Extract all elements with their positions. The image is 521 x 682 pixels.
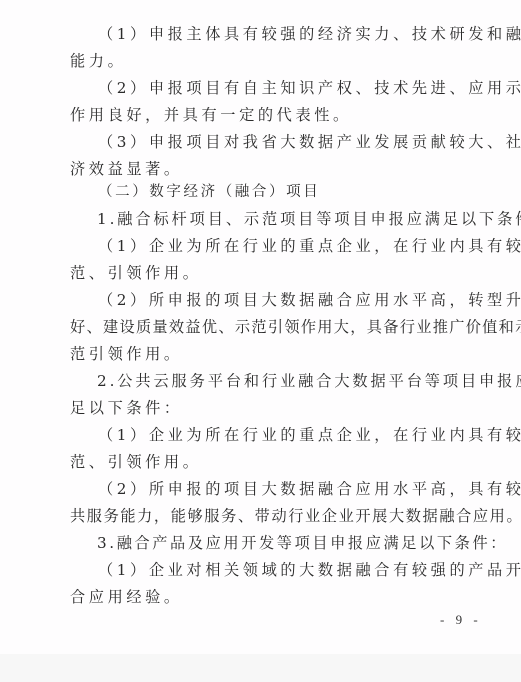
text-line-20: 3.融合产品及应用开发等项目申报应满足以下条件： [97,534,508,552]
text-line-19: 共服务能力，能够服务、带动行业企业开展大数据融合应用。 [70,507,521,525]
text-line-6: 济效益显著。 [70,160,183,178]
section-heading: （二）数字经济（融合）项目 [98,183,320,201]
text-line-12: 好、建设质量效益优、示范引领作用大，具备行业推广价值和示 [70,318,521,336]
text-line-22: 合应用经验。 [70,588,183,606]
document-page: （1）申报主体具有较强的经济实力、技术研发和融合创新 能力。 （2）申报项目有自… [0,0,521,654]
text-line-16: （1）企业为所在行业的重点企业，在行业内具有较强的示 [98,426,521,444]
text-line-8: 1.融合标杆项目、示范项目等项目申报应满足以下条件： [97,210,521,228]
text-line-5: （3）申报项目对我省大数据产业发展贡献较大、社会及经 [98,133,521,151]
text-line-1: （1）申报主体具有较强的经济实力、技术研发和融合创新 [98,25,521,43]
text-line-10: 范、引领作用。 [70,264,202,282]
text-line-14: 2.公共云服务平台和行业融合大数据平台等项目申报应满 [97,372,521,390]
bottom-bar [0,654,521,682]
page-number: - 9 - [440,612,482,628]
text-line-2: 能力。 [70,52,126,70]
text-line-11: （2）所申报的项目大数据融合应用水平高，转型升级效果 [98,291,521,309]
text-line-17: 范、引领作用。 [70,453,202,471]
text-line-18: （2）所申报的项目大数据融合应用水平高，具有较强的公 [98,480,521,498]
text-line-15: 足以下条件： [70,399,183,417]
text-line-9: （1）企业为所在行业的重点企业，在行业内具有较强的示 [98,237,521,255]
text-line-3: （2）申报项目有自主知识产权、技术先进、应用示范带动 [98,79,521,97]
text-line-21: （1）企业对相关领域的大数据融合有较强的产品开发、融 [98,561,521,579]
text-line-4: 作用良好，并具有一定的代表性。 [70,106,352,124]
text-line-13: 范引领作用。 [70,345,183,363]
